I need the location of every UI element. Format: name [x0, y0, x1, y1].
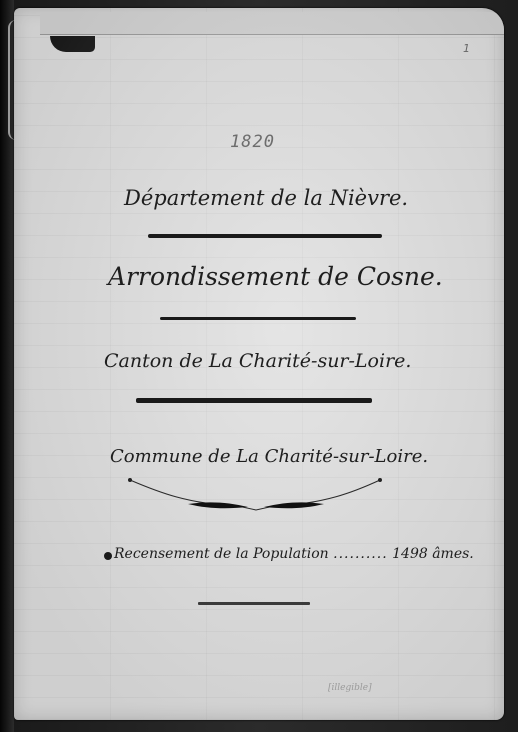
population-count: 1498 âmes. — [392, 546, 474, 562]
census-line: Recensement de la Population .......... … — [104, 546, 474, 562]
arrondissement-underline — [160, 317, 356, 320]
top-folded-edge — [40, 12, 504, 35]
canton-line: Canton de La Charité-sur-Loire. — [104, 350, 411, 372]
torn-corner — [50, 36, 95, 52]
folio-number: 1 — [463, 42, 470, 55]
canton-underline — [136, 398, 372, 403]
census-label: Recensement de la Population — [114, 546, 329, 562]
binding-string — [8, 20, 24, 140]
closing-double-rule — [198, 602, 310, 605]
commune-line: Commune de La Charité-sur-Loire. — [110, 446, 428, 467]
calligraphic-flourish — [128, 476, 384, 516]
department-line: Département de la Nièvre. — [124, 186, 408, 210]
year-heading: 1820 — [230, 132, 275, 152]
faint-note: [illegible] — [328, 683, 372, 693]
arrondissement-line: Arrondissement de Cosne. — [108, 262, 443, 291]
census-leader: .......... — [333, 546, 388, 562]
department-underline — [148, 234, 382, 238]
